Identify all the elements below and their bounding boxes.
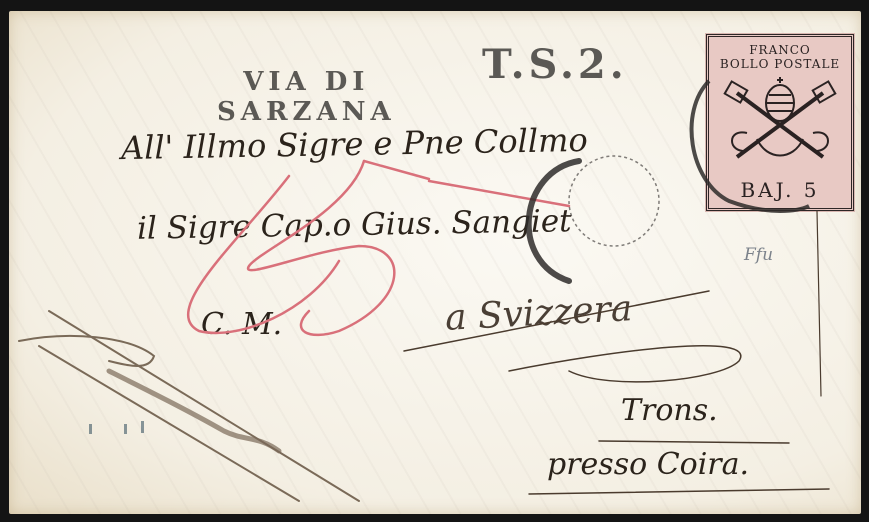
ink-markings: [9, 11, 861, 514]
circular-postmark: [529, 81, 809, 281]
blue-ink-specks: [79, 421, 329, 514]
postal-cover: VIA DI SARZANA T.S.2. FRANCO BOLLO POSTA…: [9, 11, 861, 514]
red-charge-marking: [188, 161, 569, 335]
diagonal-franca-marking: [19, 311, 359, 501]
address-underlines: [404, 211, 829, 494]
